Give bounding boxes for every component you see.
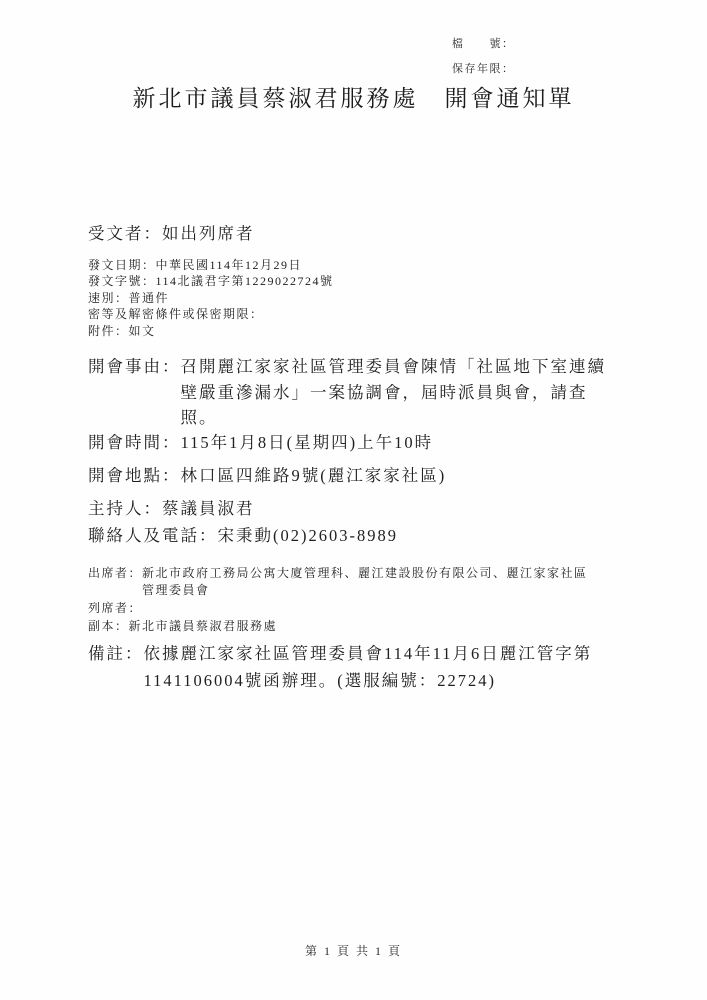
- recipient-value: 如出列席者: [162, 224, 255, 243]
- meeting-place-label: 開會地點：: [88, 462, 181, 486]
- contact-phone: 聯絡人及電話： 宋秉動(02)2603-8989: [88, 522, 683, 546]
- contact-phone-label: 聯絡人及電話：: [88, 522, 218, 546]
- meeting-time: 開會時間： 115年1月8日(星期四)上午10時: [88, 429, 683, 453]
- meeting-subject-value: 召開麗江家家社區管理委員會陳情「社區地下室連續 壁嚴重滲漏水」一案協調會，屆時派…: [181, 354, 607, 431]
- remark-label: 備註：: [88, 640, 144, 667]
- filing-block: 檔 號： 保存年限：: [452, 32, 515, 82]
- meeting-subject: 開會事由： 召開麗江家家社區管理委員會陳情「社區地下室連續 壁嚴重滲漏水」一案協…: [88, 354, 683, 431]
- contact-phone-value: 宋秉動(02)2603-8989: [218, 522, 398, 546]
- meeting-place-value: 林口區四維路9號(麗江家家社區): [181, 462, 447, 486]
- cc-label: 副本：: [88, 618, 129, 635]
- cc-line: 副本： 新北市議員蔡淑君服務處: [88, 618, 683, 635]
- meta-classification: 密等及解密條件或保密期限：: [88, 306, 334, 322]
- attendees-value: 新北市政府工務局公寓大廈管理科、麗江建設股份有限公司、麗江家家社區 管理委員會: [142, 565, 588, 599]
- meta-speed: 速別：普通件: [88, 290, 334, 306]
- meeting-time-value: 115年1月8日(星期四)上午10時: [181, 429, 434, 453]
- document-title: 新北市議員蔡淑君服務處 開會通知單: [0, 80, 707, 113]
- document-meta: 發文日期：中華民國114年12月29日 發文字號：114北議君字第1229022…: [88, 257, 334, 339]
- meeting-time-label: 開會時間：: [88, 429, 181, 453]
- meta-issue-date: 發文日期：中華民國114年12月29日: [88, 257, 334, 273]
- meta-doc-number: 發文字號：114北議君字第1229022724號: [88, 273, 334, 289]
- page-number-footer: 第 1 頁 共 1 頁: [0, 942, 707, 959]
- attendees-line: 出席者： 新北市政府工務局公寓大廈管理科、麗江建設股份有限公司、麗江家家社區 管…: [88, 565, 683, 599]
- observers-line: 列席者：: [88, 600, 683, 617]
- meta-attachment: 附件：如文: [88, 323, 334, 339]
- file-number-label: 檔 號：: [452, 32, 515, 57]
- meeting-subject-label: 開會事由：: [88, 354, 181, 380]
- document-page: 檔 號： 保存年限： 新北市議員蔡淑君服務處 開會通知單 受文者：如出列席者 發…: [0, 0, 707, 1000]
- retention-period-label: 保存年限：: [452, 57, 515, 82]
- recipient-line: 受文者：如出列席者: [88, 220, 255, 244]
- cc-value: 新北市議員蔡淑君服務處: [129, 618, 278, 635]
- remark-value: 依據麗江家家社區管理委員會114年11月6日麗江管字第 1141106004號函…: [144, 640, 593, 694]
- meeting-host-label: 主持人：: [88, 495, 162, 519]
- meeting-place: 開會地點： 林口區四維路9號(麗江家家社區): [88, 462, 683, 486]
- meeting-host: 主持人： 蔡議員淑君: [88, 495, 683, 519]
- recipient-label: 受文者：: [88, 224, 162, 243]
- attendees-block: 出席者： 新北市政府工務局公寓大廈管理科、麗江建設股份有限公司、麗江家家社區 管…: [88, 565, 683, 636]
- meeting-host-value: 蔡議員淑君: [162, 495, 255, 519]
- remark-block: 備註： 依據麗江家家社區管理委員會114年11月6日麗江管字第 11411060…: [88, 640, 683, 694]
- attendees-label: 出席者：: [88, 565, 142, 582]
